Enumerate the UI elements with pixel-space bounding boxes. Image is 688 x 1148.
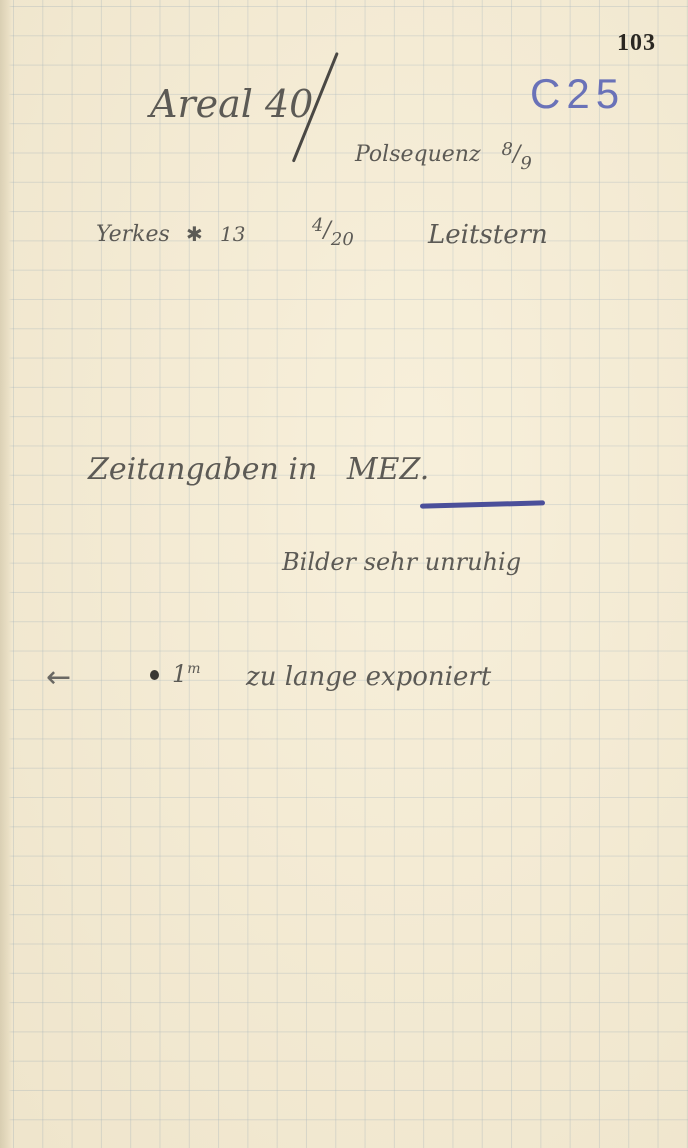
- image-quality-note: Bilder sehr unruhig: [282, 548, 521, 576]
- exposure-value: 1m: [172, 660, 201, 688]
- subtitle-fraction: 8/9: [502, 142, 532, 167]
- entry-number: 13: [220, 222, 245, 246]
- area-subtitle: Polsequenz 8/9: [355, 142, 532, 167]
- page-number: 103: [617, 30, 656, 57]
- dot-icon: [150, 670, 159, 680]
- entry-label: Yerkes: [96, 222, 170, 247]
- archive-code: C25: [530, 70, 625, 118]
- time-note-prefix: Zeitangaben in: [88, 452, 317, 487]
- subtitle-label: Polsequenz: [355, 142, 481, 167]
- underline-mark: [420, 500, 545, 508]
- time-zone: MEZ: [347, 452, 420, 487]
- arrow-left-icon: ←: [46, 660, 71, 695]
- entry-fraction: 4/20: [312, 218, 354, 243]
- entry-note: Leitstern: [428, 220, 548, 250]
- area-title: Areal 40: [150, 82, 313, 126]
- exposure-note: zu lange exponiert: [246, 662, 491, 692]
- time-note: Zeitangaben in MEZ.: [88, 452, 429, 487]
- notebook-page: 103 C25 Areal 40 Polsequenz 8/9 Yerkes ✱…: [0, 0, 688, 1148]
- star-icon: ✱: [186, 222, 203, 246]
